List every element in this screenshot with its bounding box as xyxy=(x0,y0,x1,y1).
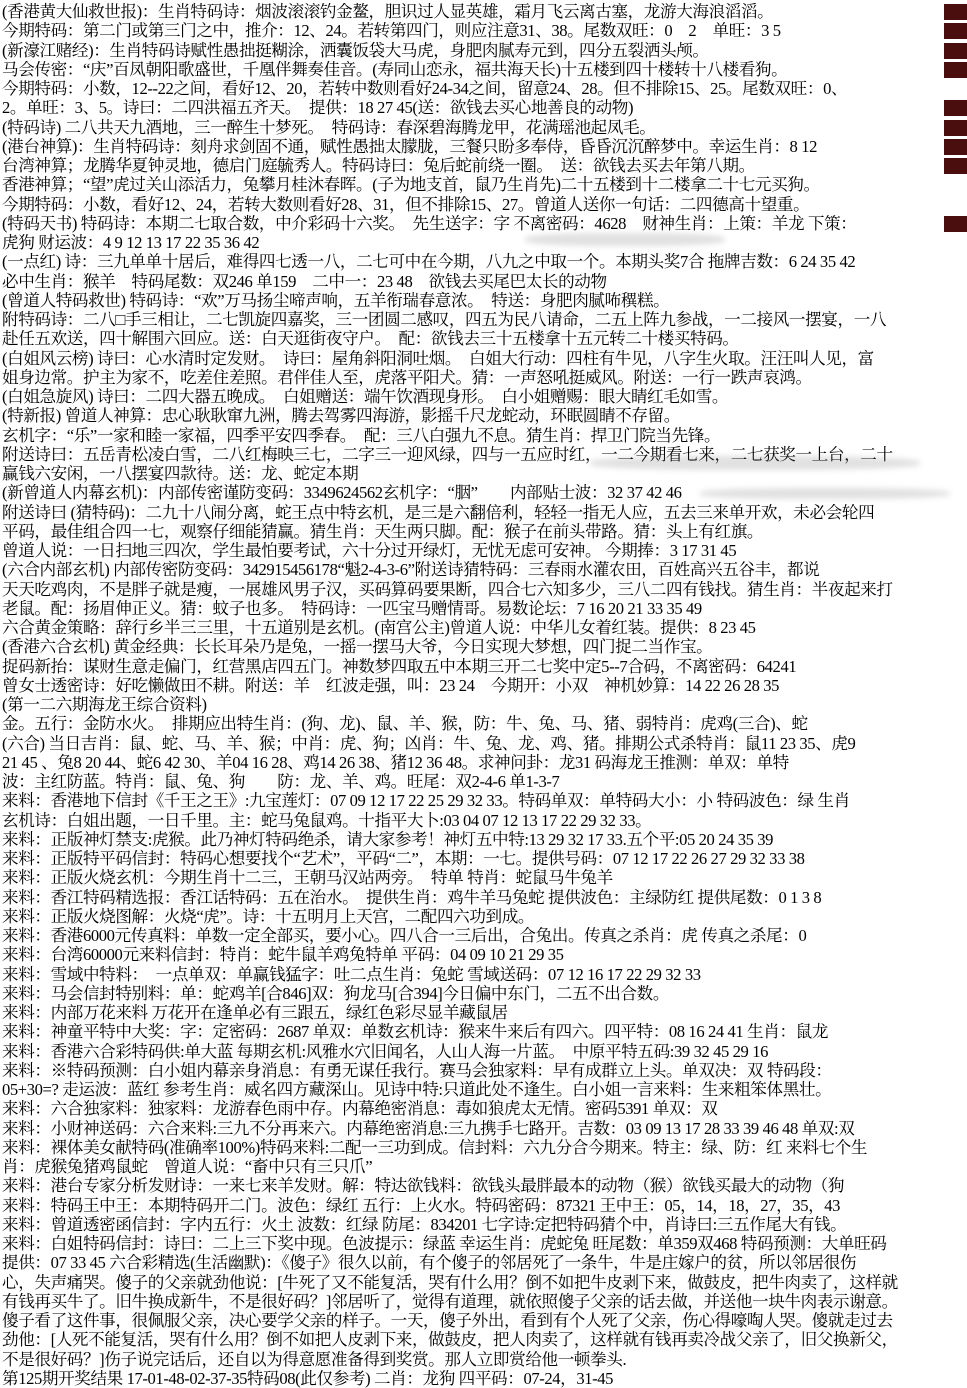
text-line-4: 马会传密：“庆”百凤朝阳歌盛世，千凰伴舞奏佳音。(寿同山恋永，福共海天长)十五楼… xyxy=(2,60,967,79)
text-line-43: 玄机诗：白姐出题，一日千里。主：蛇马兔鼠鸡。十指平大卜:03 04 07 12 … xyxy=(2,811,967,830)
text-line-3: (新濠江赌经)：生肖特码诗赋性愚拙挺糊涂，洒囊饭袋大马虎，身肥肉腻寿元到，四分五… xyxy=(2,41,967,60)
text-line-69: 傻子看了这件事，很佩服父亲，决心要学父亲的样子。一天，傻子外出，看到有个人死了父… xyxy=(2,1311,967,1330)
text-line-45: 来料：正版特平码信封：特码心想要找个“艺术”，平码“二”，本期：一七。提供号码：… xyxy=(2,849,967,868)
text-line-66: 提供：07 33 45 六合彩精选(生活幽默)：《傻子》很久以前，有个傻子的邻居… xyxy=(2,1253,967,1272)
scan-artifact-block xyxy=(944,4,967,20)
text-line-40: 21 45 、兔8 20 44、蛇6 42 30、羊04 16 28、鸡14 2… xyxy=(2,753,967,772)
text-line-44: 来料：正版神灯禁支:虎猴。此乃神灯特码绝杀，请大家参考！神灯五中特:13 29 … xyxy=(2,830,967,849)
text-line-21: (白姐急旋风) 诗曰：二四大器五晚成。 白姐赠送：端午饮酒现身形。 白小姐赠赐：… xyxy=(2,387,967,406)
text-lines: (香港黄大仙救世报)：生肖特码诗：烟波滚滚钓金鳌，胆识过人显英雄，霜月飞云离古塞… xyxy=(2,2,967,1388)
text-line-52: 来料：马会信封特别料：单：蛇鸡羊[合846]双：狗龙马[合394]今日偏中东门，… xyxy=(2,984,967,1003)
text-line-49: 来料：香港6000元传真料：单数一定全部买，要小心。四八合一三后出，合兔出。传真… xyxy=(2,926,967,945)
text-line-9: 台湾神算；龙腾华夏钟灵地，德启门庭毓秀人。特码诗曰：兔后蛇前绕一圈。 送：欲钱去… xyxy=(2,156,967,175)
scan-artifact-block xyxy=(944,100,967,116)
text-line-30: (六合内部玄机) 内部传密防变码：342915456178“魁2-4-3-6”附… xyxy=(2,560,967,579)
text-line-56: 来料：※特码预测：白小姐内幕亲身消息：有勇无谋任我行。赛马会独家料：早有成群立上… xyxy=(2,1061,967,1080)
text-line-58: 来料：六合独家料：独家料：龙游春色雨中存。内幕绝密消息：毒如狼虎太无情。密码53… xyxy=(2,1099,967,1118)
text-line-31: 天天吃鸡肉，不是胖子就是瘦，一展雄风男子汉，买码算码要果断，四合七六知多少，三八… xyxy=(2,580,967,599)
text-line-46: 来料：正版火烧玄机：今期生肖十二三，王朝马汉站两旁。 特单 特肖：蛇鼠马牛兔羊 xyxy=(2,868,967,887)
text-line-7: (特码诗) 二八共天九酒地，三一醉生十梦死。 特码诗：春深碧海腾龙甲，花满瑶池起… xyxy=(2,118,967,137)
scan-artifact-block xyxy=(944,158,967,174)
text-line-34: (香港六合玄机) 黄金经典：长长耳朵乃是兔，一摇一摆马大爷，今日实现大梦想，四门… xyxy=(2,637,967,656)
text-line-24: 附送诗曰：五岳青松凌白雪，二八红梅映三七，二字三一迎风绿，四与一五应时红，一二今… xyxy=(2,445,967,464)
text-line-57: 05+30=? 走运波：蓝红 参考生肖：威名四方藏深山。见诗中特:只道此处不逢生… xyxy=(2,1080,967,1099)
text-line-61: 肖：虎猴兔猪鸡鼠蛇 曾道人说：“畜中只有三只爪” xyxy=(2,1157,967,1176)
text-line-54: 来料：神童平特中大奖：字：定密码：2687 单双：单数玄机诗：猴来牛来后有四六。… xyxy=(2,1022,967,1041)
text-line-11: 今期特码：小数，看好12、24，若转大数则看好28、31，但不排除15、27。曾… xyxy=(2,195,967,214)
text-line-8: (港台神算)：生肖特码诗：刻舟求剑固不通，赋性愚拙太朦胧，三餐只盼多奉侍，昏昏沉… xyxy=(2,137,967,156)
text-line-26: (新曾道人内幕玄机)：内部传密谨防变码：3349624562玄机字：“胭” 内部… xyxy=(2,483,967,502)
scan-artifact-block xyxy=(944,62,967,78)
scan-artifact-block xyxy=(944,139,967,155)
text-line-14: (一点红) 诗：三九单单十居后，难得四七透一八，二七可中在今期，八九之中取一个。… xyxy=(2,252,967,271)
text-line-62: 来料：港台专家分析发财诗：一来七来羊发财。解：特达欲钱料：欲钱头最胖最本的动物（… xyxy=(2,1176,967,1195)
text-line-53: 来料：内部万花来料 万花开在逢单必有三跟五，绿红色彩尽显羊藏鼠居 xyxy=(2,1003,967,1022)
text-line-2: 今期特码：第二门或第三门之中，推介：12、24。若转第四门，则应注意31、38。… xyxy=(2,21,967,40)
text-line-16: (曾道人特码救世) 特码诗：“欢”万马扬尘啼声响，五羊衔瑞春意浓。 特送：身肥肉… xyxy=(2,291,967,310)
text-line-1: (香港黄大仙救世报)：生肖特码诗：烟波滚滚钓金鳌，胆识过人显英雄，霜月飞云离古塞… xyxy=(2,2,967,21)
scan-artifact-block xyxy=(944,120,967,136)
text-line-28: 平码，最佳组合四一七，观察仔细能猜赢。猜生肖：天生两只脚。配：猴子在前头带路。猜… xyxy=(2,522,967,541)
lottery-tipsheet-page: (香港黄大仙救世报)：生肖特码诗：烟波滚滚钓金鳌，胆识过人显英雄，霜月飞云离古塞… xyxy=(0,0,967,1388)
text-line-42: 来料：香港地下信封《千王之王》:九宝莲灯：07 09 12 17 22 25 2… xyxy=(2,791,967,810)
text-line-19: (白姐风云榜) 诗曰：心水清时定发财。 诗曰：屋角斜阳洞吐烟。 白姐大行动：四柱… xyxy=(2,349,967,368)
scan-artifact-block xyxy=(944,43,967,59)
text-line-72: 第125期开奖结果 17-01-48-02-37-35特码08(此仅参考) 二肖… xyxy=(2,1369,967,1388)
text-line-10: 香港神算；“望”虎过关山添活力，兔攀月桂沐春晖。(子为地支首，鼠乃生肖先)二十五… xyxy=(2,175,967,194)
text-line-55: 来料：香港六合彩特码供:单大蓝 每期玄机:风雅水穴旧闻名，人山人海一片蓝。 中原… xyxy=(2,1042,967,1061)
text-line-36: 曾女士透密诗：好吃懒做田不耕。附送：羊 红波走强，叫：23 24 今期开：小双 … xyxy=(2,676,967,695)
text-line-38: 金。五行：金防水火。 排期应出特生肖：(狗、龙)、鼠、羊、猴，防：牛、兔、马、猪… xyxy=(2,714,967,733)
text-line-17: 附特码诗：二八□手三相让，二七凯旋四嘉奖，三一团圆二感叹，四五为民八请命，二五上… xyxy=(2,310,967,329)
text-line-6: 2。单旺：3、5。诗曰：二四洪福五齐天。 提供：18 27 45(送：欲钱去买心… xyxy=(2,98,967,117)
text-line-37: (第一二六期海龙王综合资料) xyxy=(2,695,967,714)
text-line-60: 来料：裸体美女献特码(准确率100%)特码来料:二配一三功到成。信封料：六九分合… xyxy=(2,1138,967,1157)
text-line-22: (特新报) 曾道人神算：忠心耿耿窜九洲，腾去驾雾四海游，影摇千尺龙蛇动，环眠圆睛… xyxy=(2,406,967,425)
text-line-18: 赴任五欢送，四十解围六回应。送：白天逛街夜守户。 配：欲钱去三十五楼拿十五元转二… xyxy=(2,329,967,348)
text-line-48: 来料：正版火烧图解：火烧“虎”。诗：十五明月上天宫，二配四六功到成。 xyxy=(2,907,967,926)
text-line-47: 来料：香江特码精选报：香江话特码：五在治水。 提供生肖：鸡牛羊马兔蛇 提供波色：… xyxy=(2,888,967,907)
text-line-5: 今期特码：小数，12--22之间，看好12、20，若转中数则看好24-34之间，… xyxy=(2,79,967,98)
text-line-70: 劲他：[人死不能复活，哭有什么用？倒不如把人皮剥下来，做鼓皮，把人肉卖了，这样就… xyxy=(2,1330,967,1349)
text-line-29: 曾道人说：一日扫地三四次，学生最怕要考试，六十分过开绿灯，无忧无虑可安神。 今期… xyxy=(2,541,967,560)
text-line-15: 必中生肖：猴羊 特码尾数：双246 单159 二中一：23 48 欲钱去买尾巴太… xyxy=(2,272,967,291)
text-line-39: (六合) 当日吉肖：鼠、蛇、马、羊、猴；中肖：虎、狗；凶肖：牛、兔、龙、鸡、猪。… xyxy=(2,734,967,753)
text-line-41: 波：主红防蓝。特肖：鼠、兔、狗 防：龙、羊、鸡。旺尾：双2-4-6 单1-3-7 xyxy=(2,772,967,791)
text-line-33: 六合黄金策略：辞行乡半三三里，十五道别是玄机。(南宫公主)曾道人说：中华儿女着红… xyxy=(2,618,967,637)
text-line-25: 赢钱六安闲，一八摆宴四款待。送：龙、蛇定本期 xyxy=(2,464,967,483)
text-line-59: 来料：小财神送码：六合来料:三九不分再来六。内幕绝密消息:三九携手七路开。吉数：… xyxy=(2,1119,967,1138)
text-line-27: 附送诗曰 (猜特码)：二九十八闹分离，蛇王点中特玄机，是三是六翻倍利，轻轻一指无… xyxy=(2,503,967,522)
text-line-13: 虎狗 财运波：4 9 12 13 17 22 35 36 42 xyxy=(2,233,967,252)
text-line-63: 来料：特码王中王：本期特码开二门。波色：绿红 五行：上火水。特码密码：87321… xyxy=(2,1196,967,1215)
text-line-32: 老鼠。配：扬眉伸正义。猜：蚊子也多。 特码诗：一匹宝马赠情哥。易数论坛：7 16… xyxy=(2,599,967,618)
scan-artifact-block xyxy=(944,216,967,232)
text-line-23: 玄机字：“乐”一家和睦一家福，四季平安四季春。 配：三八白强九不息。猜生肖：捍卫… xyxy=(2,426,967,445)
text-line-65: 来料：白姐特码信封：诗曰：二上三下奖中现。色波提示：绿蓝 幸运生肖：虎蛇兔 旺尾… xyxy=(2,1234,967,1253)
text-line-35: 捉码新抬：谋财生意走偏门，红营黑店四五门。神数梦四取五中本期三开二七奖中定5--… xyxy=(2,657,967,676)
scan-artifact-block xyxy=(944,23,967,39)
text-line-20: 姐身边常。护主为家不，吃差住差照。君伴佳人至，虎落平阳犬。猜：一声怒吼挺威风。附… xyxy=(2,368,967,387)
text-line-71: 不是很好码？]伤子说完话后，还自以为得意愿准备得到奖赏。那人立即赏给他一顿拳头. xyxy=(2,1350,967,1369)
text-line-12: (特码天书) 特码诗：本期二七取合数，中介彩码十六奖。 先生送字：字 不离密码：… xyxy=(2,214,967,233)
text-line-68: 有钱再买牛了。旧牛换成新牛，不是很好码？]邻居听了，觉得有道理，就依照傻子父亲的… xyxy=(2,1292,967,1311)
text-line-50: 来料：台湾60000元来料信封：特肖：蛇牛鼠羊鸡兔特单 平码：04 09 10 … xyxy=(2,945,967,964)
text-line-67: 心，失声痛哭。傻子的父亲就劲他说：[牛死了又不能复活，哭有什么用？倒不如把牛皮剥… xyxy=(2,1273,967,1292)
text-line-51: 来料：雪域中特料： 一点单双：单赢钱猛字：吐二点生肖：兔蛇 雪域送码：07 12… xyxy=(2,965,967,984)
text-line-64: 来料：曾道透密函信封：字内五行：火土 波数：红绿 防尾：834201 七字诗:定… xyxy=(2,1215,967,1234)
